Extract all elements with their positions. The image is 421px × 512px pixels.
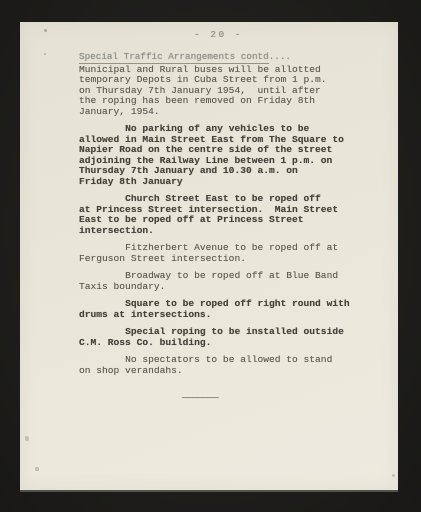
- paper-speck: [25, 436, 29, 441]
- page-number: - 20 -: [79, 30, 358, 41]
- paper-speck: [392, 474, 395, 477]
- paragraph-church-street: Church Street East to be roped off at Pr…: [79, 194, 358, 236]
- paragraph-no-parking: No parking of any vehicles to be allowed…: [79, 124, 358, 187]
- paragraph-broadway: Broadway to be roped off at Blue Band Ta…: [79, 271, 358, 292]
- paragraph-fitzherbert: Fitzherbert Avenue to be roped off at Fe…: [79, 243, 358, 264]
- paper-speck: [44, 53, 46, 55]
- paragraph-special-roping: Special roping to be installed outside C…: [79, 327, 358, 348]
- section-heading-text: Special Traffic Arrangements contd: [79, 51, 269, 64]
- paragraph-square: Square to be roped off right round with …: [79, 299, 358, 320]
- end-rule: _______: [182, 390, 358, 401]
- paper-speck: [44, 29, 47, 32]
- document-page: - 20 - Special Traffic Arrangements cont…: [20, 22, 398, 490]
- paragraph-municipal-buses: Municipal and Rural buses will be allott…: [79, 65, 358, 118]
- scanned-document-background: { "colors":{ "background":"#21201d", "pa…: [0, 0, 421, 512]
- paragraph-spectators: No spectators to be allowed to stand on …: [79, 355, 358, 376]
- section-heading-dots: ....: [269, 51, 291, 62]
- section-heading: Special Traffic Arrangements contd....: [79, 52, 358, 62]
- paper-speck: [35, 467, 39, 471]
